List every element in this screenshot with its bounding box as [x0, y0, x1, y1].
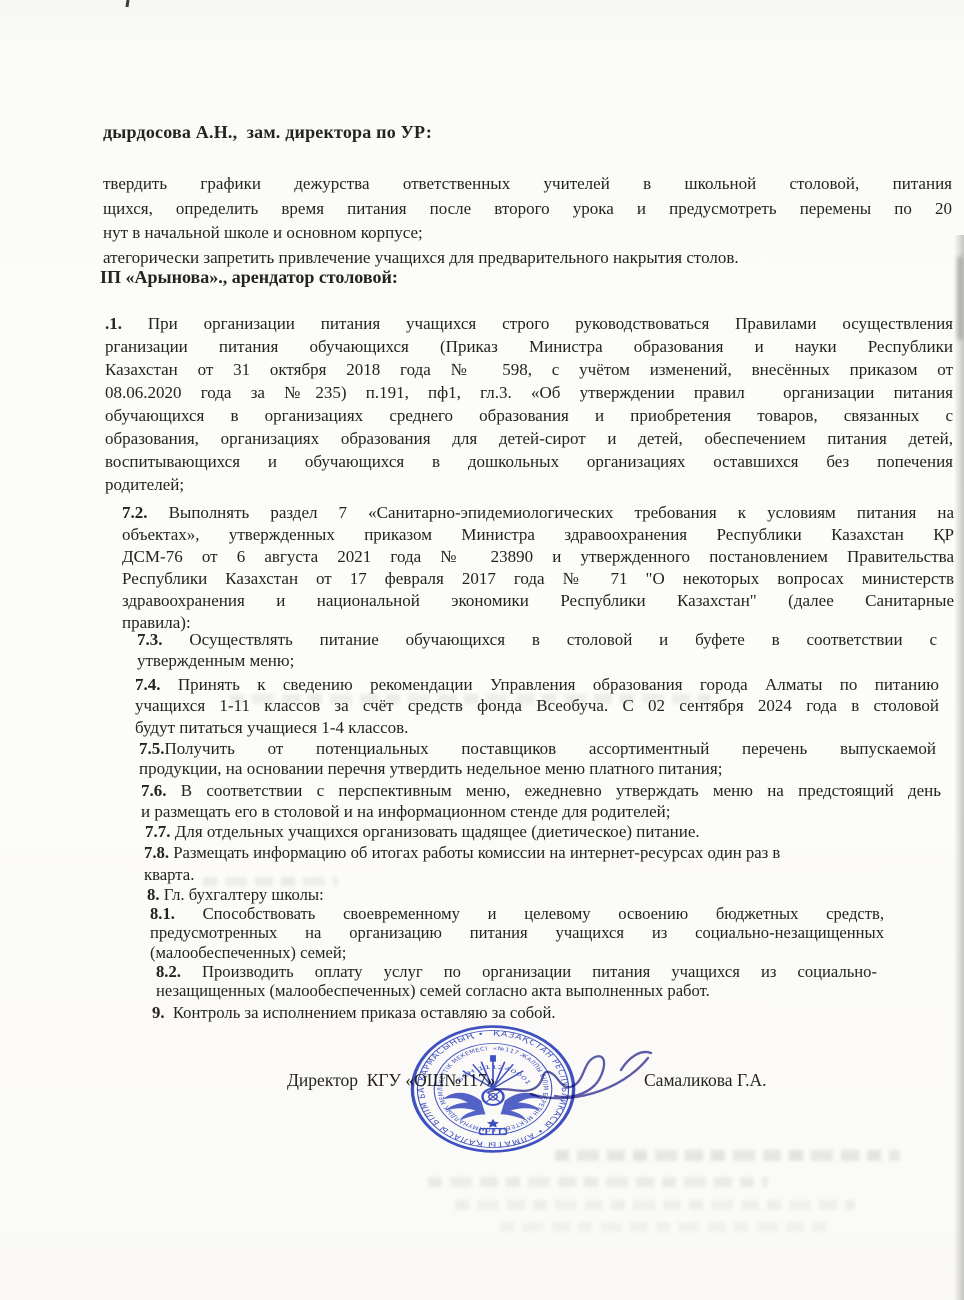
- doc-line: объектах», утвержденных приказом Министр…: [122, 524, 954, 546]
- doc-line: Казахстан от 31 октября 2018 года № 598,…: [105, 358, 953, 381]
- scan-artifact-tick: [125, 0, 129, 7]
- doc-line: образования, организациях образования дл…: [105, 427, 953, 450]
- order-item-7-1: .1. При организации питания учащихся стр…: [105, 312, 953, 496]
- heading-canteen-tenant: ІП «Арынова»., арендатор столовой:: [100, 266, 720, 289]
- doc-line: продукции, на основании перечня утвердит…: [139, 759, 936, 779]
- doc-line: 8.1. Способствовать своевременному и цел…: [150, 904, 884, 923]
- doc-line: .1. При организации питания учащихся стр…: [105, 312, 953, 335]
- order-item-7-7: 7.7. Для отдельных учащихся организовать…: [145, 822, 935, 842]
- scan-edge-shadow: [954, 235, 964, 1300]
- doc-line: 7.4. Принять к сведению рекомендации Упр…: [135, 674, 939, 695]
- doc-line: и размещать его в столовой и на информац…: [141, 802, 941, 823]
- doc-line: 7.3. Осуществлять питание обучающихся в …: [137, 630, 937, 651]
- order-item-8-2: 8.2. Производить оплату услуг по организ…: [156, 962, 877, 1001]
- doc-line: рганизации питания обучающихся (Приказ М…: [105, 335, 953, 358]
- doc-line: 08.06.2020 года за №235) п.191, пф1, гл.…: [105, 381, 953, 404]
- doc-line: ІП «Арынова»., арендатор столовой:: [100, 266, 720, 289]
- order-item-7-6: 7.6. В соответствии с перспективным меню…: [141, 781, 941, 822]
- doc-line: родителей;: [105, 473, 953, 496]
- doc-line: (малообеспеченных) семей;: [150, 943, 884, 962]
- order-intro-paragraph: твердить графики дежурства ответственных…: [103, 172, 952, 270]
- doc-line: здравоохранения и национальной экономики…: [122, 590, 954, 612]
- order-item-7-2: 7.2. Выполнять раздел 7 «Санитарно-эпиде…: [122, 502, 954, 634]
- doc-line: незащищенных (малообеспеченных) семей со…: [156, 981, 877, 1000]
- doc-line: 7.2. Выполнять раздел 7 «Санитарно-эпиде…: [122, 502, 954, 524]
- bleed-through-artifact: [428, 1177, 768, 1187]
- doc-line: 9. Контроль за исполнением приказа остав…: [152, 1001, 792, 1024]
- order-item-8: 8. Гл. бухгалтеру школы:: [147, 883, 577, 906]
- handwritten-signature: [483, 1042, 658, 1114]
- bleed-through-artifact: [203, 877, 338, 886]
- doc-line: 8.2. Производить оплату услуг по организ…: [156, 962, 877, 981]
- order-item-7-3: 7.3. Осуществлять питание обучающихся в …: [137, 630, 937, 671]
- signature-name: Самаликова Г.А.: [644, 1070, 766, 1091]
- scan-edge-blotch: [957, 256, 963, 340]
- scanned-document-page: дырдосова А.Н., зам. директора по УР: тв…: [0, 0, 964, 1300]
- bleed-through-artifact: [500, 1222, 830, 1232]
- doc-line: Республики Казахстан от 17 февраля 2017 …: [122, 568, 954, 590]
- order-item-8-1: 8.1. Способствовать своевременному и цел…: [150, 904, 884, 962]
- doc-line: 8. Гл. бухгалтеру школы:: [147, 883, 577, 906]
- doc-line: обучающихся в организациях среднего обра…: [105, 404, 953, 427]
- bleed-through-artifact: [230, 694, 710, 704]
- doc-line: будут питаться учащиеся 1-4 классов.: [135, 717, 939, 738]
- heading-deputy-director: дырдосова А.Н., зам. директора по УР:: [103, 121, 723, 144]
- doc-line: ДСМ-76 от 6 августа 2021 года № 23890 и …: [122, 546, 954, 568]
- doc-line: воспитывающихся и обучающихся в дошкольн…: [105, 450, 953, 473]
- order-item-7-5: 7.5.Получить от потенциальных поставщико…: [139, 739, 936, 779]
- doc-line: 7.8. Размещать информацию об итогах рабо…: [144, 842, 859, 864]
- doc-line: щихся, определить время питания после вт…: [103, 197, 952, 222]
- doc-line: предусмотренных на организацию питания у…: [150, 923, 884, 942]
- doc-line: твердить графики дежурства ответственных…: [103, 172, 952, 197]
- doc-line: утвержденным меню;: [137, 651, 937, 672]
- doc-line: 7.6. В соответствии с перспективным меню…: [141, 781, 941, 802]
- doc-line: дырдосова А.Н., зам. директора по УР:: [103, 121, 723, 144]
- order-item-7-4: 7.4. Принять к сведению рекомендации Упр…: [135, 674, 939, 738]
- doc-line: 7.7. Для отдельных учащихся организовать…: [145, 822, 935, 842]
- doc-line: 7.5.Получить от потенциальных поставщико…: [139, 739, 936, 759]
- doc-line: нут в начальной школе и основном корпусе…: [103, 221, 952, 246]
- bleed-through-artifact: [455, 1200, 855, 1210]
- order-item-9: 9. Контроль за исполнением приказа остав…: [152, 1001, 792, 1024]
- bleed-through-artifact: [555, 1150, 900, 1161]
